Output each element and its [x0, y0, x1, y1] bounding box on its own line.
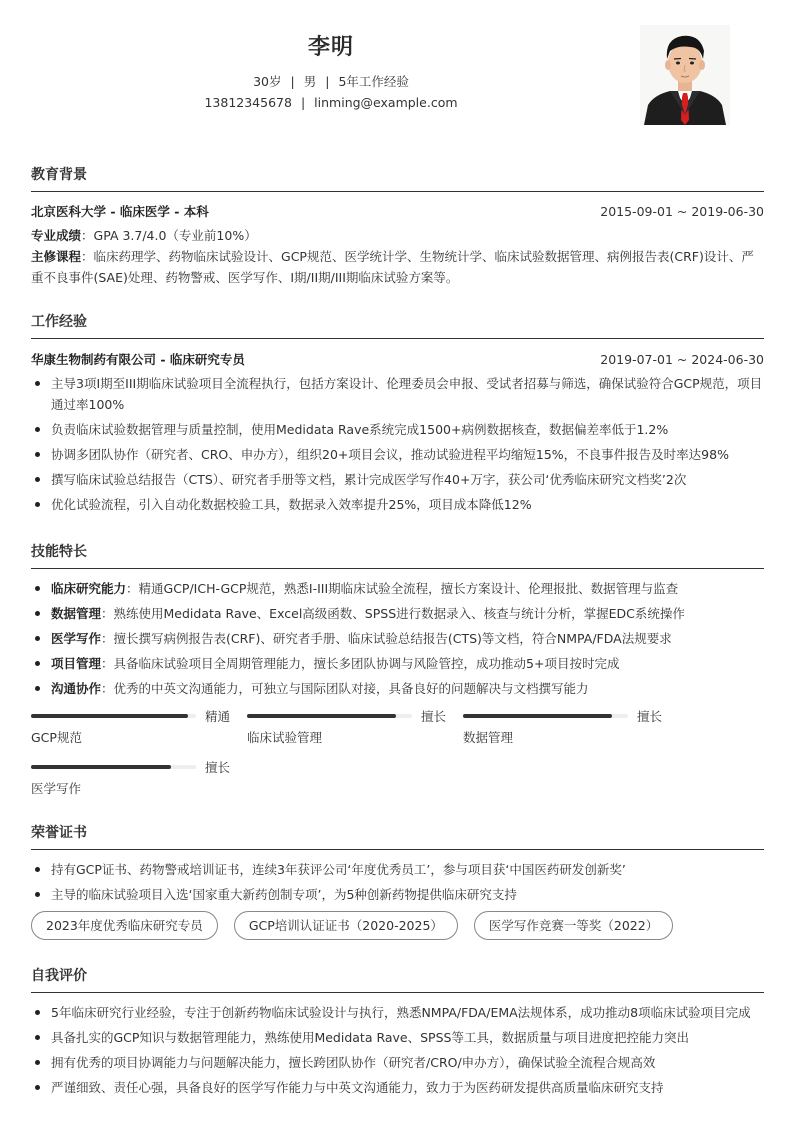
skill-label: 项目管理: [51, 656, 101, 671]
candidate-name: 李明: [0, 30, 662, 61]
skill-name: 医学写作: [31, 779, 81, 797]
progress-track: [31, 714, 196, 718]
skill-label: 数据管理: [51, 606, 101, 621]
separator: |: [325, 74, 329, 89]
progress-fill: [463, 714, 612, 718]
skill-label: 医学写作: [51, 631, 101, 646]
list-item: 撰写临床试验总结报告（CTS）、研究者手册等文档，累计完成医学写作40+万字，获…: [31, 469, 764, 490]
age: 30岁: [253, 74, 281, 89]
skill-level: 精通: [205, 707, 230, 725]
skill-bar-data: 擅长 数据管理: [463, 709, 673, 749]
avatar-illustration-icon: [640, 25, 730, 125]
phone: 13812345678: [204, 95, 291, 110]
section-divider: [31, 568, 764, 569]
email[interactable]: linming@example.com: [314, 95, 457, 110]
award-tag: 医学写作竞赛一等奖（2022）: [474, 911, 673, 940]
self-evaluation-list: 5年临床研究行业经验，专注于创新药物临床试验设计与执行，熟悉NMPA/FDA/E…: [31, 1002, 764, 1098]
award-tags: 2023年度优秀临床研究专员 GCP培训认证证书（2020-2025） 医学写作…: [31, 911, 764, 940]
company-position: 华康生物制药有限公司 - 临床研究专员: [31, 350, 245, 368]
section-title-honors: 荣誉证书: [31, 822, 764, 844]
skills-list: 临床研究能力：精通GCP/ICH-GCP规范，熟悉I-III期临床试验全流程，擅…: [31, 578, 764, 699]
section-divider: [31, 849, 764, 850]
avatar-photo: [640, 25, 730, 125]
list-item: 主导3项I期至III期临床试验项目全流程执行，包括方案设计、伦理委员会申报、受试…: [31, 373, 764, 415]
skill-bar-clinical-trial: 擅长 临床试验管理: [247, 709, 457, 749]
skill-level: 擅长: [205, 758, 230, 776]
skill-bar-gcp: 精通 GCP规范: [31, 709, 241, 749]
skill-bar-writing: 擅长 医学写作: [31, 760, 241, 800]
work-date-range: 2019-07-01 ~ 2024-06-30: [600, 352, 764, 367]
skill-label: 临床研究能力: [51, 581, 126, 596]
list-item: 主导的临床试验项目入选‘国家重大新药创制专项’，为5种创新药物提供临床研究支持: [31, 884, 764, 905]
progress-fill: [247, 714, 396, 718]
list-item: 数据管理：熟练使用Medidata Rave、Excel高级函数、SPSS进行数…: [31, 603, 764, 624]
skill-description: ：擅长撰写病例报告表(CRF)、研究者手册、临床试验总结报告(CTS)等文档，符…: [101, 631, 672, 646]
section-title-skills: 技能特长: [31, 541, 764, 563]
skill-level: 擅长: [637, 707, 662, 725]
section-title-self-evaluation: 自我评价: [31, 965, 764, 987]
skill-level-bars: 精通 GCP规范 擅长 临床试验管理 擅长 数据管理 擅长 医学写作: [31, 709, 764, 809]
gpa-label: 专业成绩: [31, 228, 81, 243]
education-date-range: 2015-09-01 ~ 2019-06-30: [600, 204, 764, 219]
list-item: 医学写作：擅长撰写病例报告表(CRF)、研究者手册、临床试验总结报告(CTS)等…: [31, 628, 764, 649]
section-title-education: 教育背景: [31, 164, 764, 186]
gpa-value: ：GPA 3.7/4.0（专业前10%）: [81, 228, 257, 243]
list-item: 沟通协作：优秀的中英文沟通能力，可独立与国际团队对接，具备良好的问题解决与文档撰…: [31, 678, 764, 699]
list-item: 负责临床试验数据管理与质量控制，使用Medidata Rave系统完成1500+…: [31, 419, 764, 440]
list-item: 严谨细致、责任心强，具备良好的医学写作能力与中英文沟通能力，致力于为医药研发提供…: [31, 1077, 764, 1098]
work-section: 工作经验 华康生物制药有限公司 - 临床研究专员 2019-07-01 ~ 20…: [31, 311, 764, 519]
education-section: 教育背景 北京医科大学 - 临床医学 - 本科 2015-09-01 ~ 201…: [31, 164, 764, 288]
school-major-degree: 北京医科大学 - 临床医学 - 本科: [31, 202, 209, 220]
skill-name: 临床试验管理: [247, 728, 322, 746]
award-tag: 2023年度优秀临床研究专员: [31, 911, 218, 940]
courses-line: 主修课程：临床药理学、药物临床试验设计、GCP规范、医学统计学、生物统计学、临床…: [31, 246, 764, 288]
gpa-line: 专业成绩：GPA 3.7/4.0（专业前10%）: [31, 225, 764, 246]
list-item: 具备扎实的GCP知识与数据管理能力，熟练使用Medidata Rave、SPSS…: [31, 1027, 764, 1048]
honors-list: 持有GCP证书、药物警戒培训证书，连续3年获评公司‘年度优秀员工’，参与项目获‘…: [31, 859, 764, 905]
courses-label: 主修课程: [31, 249, 81, 264]
skill-description: ：优秀的中英文沟通能力，可独立与国际团队对接，具备良好的问题解决与文档撰写能力: [101, 681, 589, 696]
gender: 男: [304, 74, 317, 89]
separator: |: [301, 95, 305, 110]
skill-description: ：精通GCP/ICH-GCP规范，熟悉I-III期临床试验全流程，擅长方案设计、…: [126, 581, 678, 596]
list-item: 协调多团队协作（研究者、CRO、申办方），组织20+项目会议，推动试验进程平均缩…: [31, 444, 764, 465]
courses-value: ：临床药理学、药物临床试验设计、GCP规范、医学统计学、生物统计学、临床试验数据…: [31, 249, 754, 285]
separator: |: [291, 74, 295, 89]
progress-fill: [31, 714, 188, 718]
work-achievements-list: 主导3项I期至III期临床试验项目全流程执行，包括方案设计、伦理委员会申报、受试…: [31, 373, 764, 515]
progress-fill: [31, 765, 171, 769]
experience-years: 5年工作经验: [338, 74, 408, 89]
section-divider: [31, 338, 764, 339]
list-item: 拥有优秀的项目协调能力与问题解决能力，擅长跨团队协作（研究者/CRO/申办方），…: [31, 1052, 764, 1073]
contact-row: 13812345678|linming@example.com: [0, 95, 662, 110]
skill-level: 擅长: [421, 707, 446, 725]
list-item: 临床研究能力：精通GCP/ICH-GCP规范，熟悉I-III期临床试验全流程，擅…: [31, 578, 764, 599]
resume-page: 李明 30岁|男|5年工作经验 13812345678|linming@exam…: [0, 0, 794, 1123]
award-tag: GCP培训认证证书（2020-2025）: [234, 911, 458, 940]
skill-name: 数据管理: [463, 728, 513, 746]
work-entry-header: 华康生物制药有限公司 - 临床研究专员 2019-07-01 ~ 2024-06…: [31, 348, 764, 370]
skill-name: GCP规范: [31, 728, 82, 746]
skill-label: 沟通协作: [51, 681, 101, 696]
basic-info-row: 30岁|男|5年工作经验: [0, 72, 662, 90]
section-divider: [31, 191, 764, 192]
self-evaluation-section: 自我评价 5年临床研究行业经验，专注于创新药物临床试验设计与执行，熟悉NMPA/…: [31, 965, 764, 1102]
list-item: 5年临床研究行业经验，专注于创新药物临床试验设计与执行，熟悉NMPA/FDA/E…: [31, 1002, 764, 1023]
skill-description: ：具备临床试验项目全周期管理能力，擅长多团队协调与风险管控，成功推动5+项目按时…: [101, 656, 619, 671]
progress-track: [31, 765, 196, 769]
resume-header: 李明 30岁|男|5年工作经验 13812345678|linming@exam…: [0, 0, 794, 150]
progress-track: [247, 714, 412, 718]
list-item: 持有GCP证书、药物警戒培训证书，连续3年获评公司‘年度优秀员工’，参与项目获‘…: [31, 859, 764, 880]
progress-track: [463, 714, 628, 718]
section-divider: [31, 992, 764, 993]
skill-description: ：熟练使用Medidata Rave、Excel高级函数、SPSS进行数据录入、…: [101, 606, 685, 621]
list-item: 项目管理：具备临床试验项目全周期管理能力，擅长多团队协调与风险管控，成功推动5+…: [31, 653, 764, 674]
education-entry-header: 北京医科大学 - 临床医学 - 本科 2015-09-01 ~ 2019-06-…: [31, 200, 764, 222]
skills-section: 技能特长 临床研究能力：精通GCP/ICH-GCP规范，熟悉I-III期临床试验…: [31, 541, 764, 809]
honors-section: 荣誉证书 持有GCP证书、药物警戒培训证书，连续3年获评公司‘年度优秀员工’，参…: [31, 822, 764, 940]
list-item: 优化试验流程，引入自动化数据校验工具，数据录入效率提升25%，项目成本降低12%: [31, 494, 764, 515]
section-title-work: 工作经验: [31, 311, 764, 333]
